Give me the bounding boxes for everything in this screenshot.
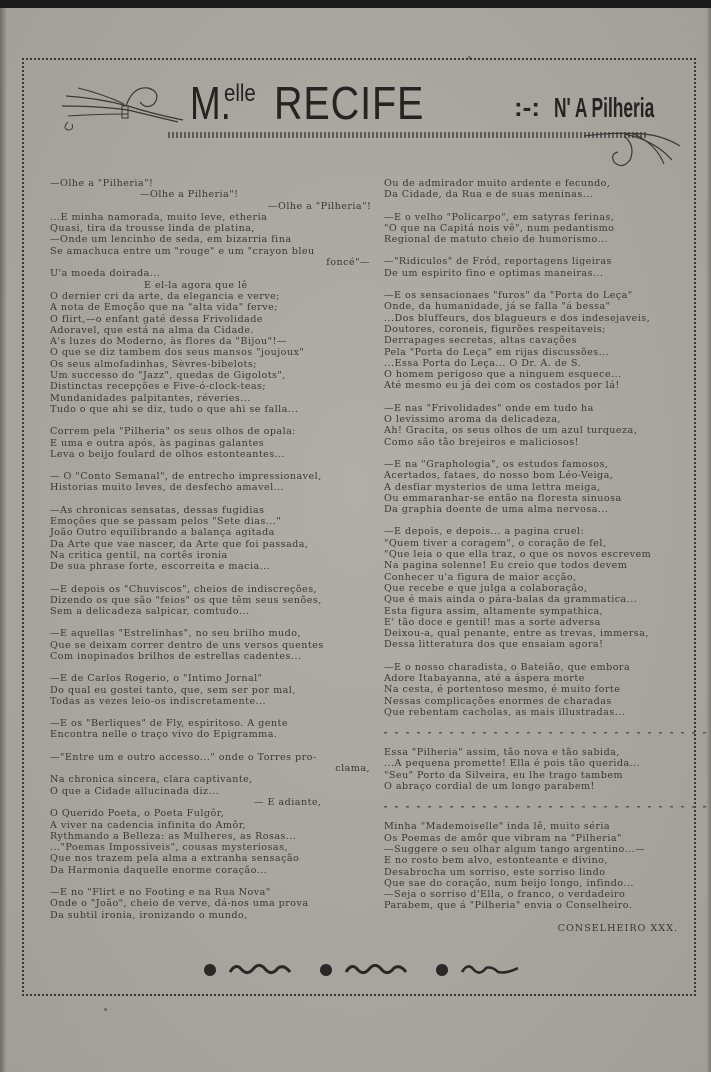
poem-line: Na chronica sincera, clara captivante, [50,774,380,785]
poem-line: A desfiar mysterios de uma lettra meiga, [384,482,711,493]
poem-line: Com inopinados brilhos de estrellas cade… [50,651,380,662]
poem-stanza: Correm pela "Pilheria" os seus olhos de … [50,426,380,460]
poem-line: Da Harmonia daquelle enorme coração... [50,865,380,876]
poem-line: E el-la agora que lê [50,280,380,291]
poem-line: ...A pequena promette! Ella é pois tão q… [384,758,711,769]
poem-line: "Quem tiver a coragem", o coração de fel… [384,538,711,549]
poem-stanza: —"Ridiculos" de Fród, reportagens ligeir… [384,256,711,279]
poem-line: —Suggere o seu olhar algum tango argenti… [384,844,711,855]
poem-line: O que a Cidade allucinada diz... [50,786,380,797]
poem-line: Parabem, que á "Pilheria" envia o Consel… [384,900,711,911]
poem-line: Que nos trazem pela alma a extranha sens… [50,853,380,864]
poem-line: —E os "Berliques" de Fly, espiritoso. A … [50,718,380,729]
poem-stanza: —E aquellas "Estrelinhas", no seu brilho… [50,628,380,662]
poem-line: —"Ridiculos" de Fród, reportagens ligeir… [384,256,711,267]
poem-line: E' tão doce e gentil! mas a sorte advers… [384,617,711,628]
wave-icon [462,966,518,972]
poem-line: ...E minha namorada, muito leve, etheria [50,212,380,223]
poem-line: Rythmando a Belleza: as Mulheres, as Ros… [50,831,380,842]
poem-line: Um successo do "Jazz", quedas de Gigolot… [50,370,380,381]
poem-stanza: —As chronicas sensatas, dessas fugidiasE… [50,505,380,573]
poem-line: Que se deixam correr dentro de uns verso… [50,640,380,651]
poem-line: Esta figura assim, altamente sympathica, [384,606,711,617]
poem-line: —Seja o sorriso d'Ella, o franco, o verd… [384,889,711,900]
poem-stanza: —E no "Flirt e no Footing e na Rua Nova"… [50,887,380,921]
poem-line: —Olhe a Pilheria"! [50,189,380,200]
poem-line: —E aquellas "Estrelinhas", no seu brilho… [50,628,380,639]
poem-line: Nessas complicações enormes de charadas [384,696,711,707]
poem-line: O dernier cri da arte, da elegancia e ve… [50,291,380,302]
poem-line: Mundanidades palpitantes, réveries... [50,393,380,404]
poem-line: "Que leia o que ella traz, o que os novo… [384,549,711,560]
poem-line: ...Dos bluffeurs, dos blagueurs e dos in… [384,313,711,324]
poem-stanza: —E na "Graphologia", os estudos famosos,… [384,459,711,515]
poem-line: Da Arte que vae nascer, da Arte que foi … [50,539,380,550]
poem-line: —Olhe a "Pilheria"! [50,201,380,212]
poem-stanza: Ou de admirador muito ardente e fecundo,… [384,178,711,201]
poem-stanza: —Olhe a "Pilheria"!—Olhe a Pilheria"!—Ol… [50,178,380,415]
poem-line: —"Entre um e outro accesso..." onde o To… [50,752,380,763]
poem-line: Onde, da humanidade, já se falla "á bess… [384,301,711,312]
dotted-separator [384,729,711,735]
dot-icon [204,964,216,976]
author-signature: CONSELHEIRO XXX. [384,923,711,934]
poem-line: Que recebe e que julga a colaboração, [384,583,711,594]
poem-line: Dizendo os que são "feios" os que têm se… [50,595,380,606]
poem-stanza: Essa "Pilheria" assim, tão nova e tão sa… [384,747,711,792]
poem-line: —Olhe a "Pilheria"! [50,178,380,189]
poem-line: Como são tão brejeiros e maliciosos! [384,437,711,448]
dotted-separator [384,803,711,809]
poem-line: Doutores, coroneis, figurões respeitavei… [384,324,711,335]
poem-line: Dessa litteratura dos que ensaiam agora! [384,639,711,650]
poem-line: Ou emmaranhar-se então na floresta sinuo… [384,493,711,504]
poem-line: Distinctas recepções e Five-ó-clock-teas… [50,381,380,392]
poem-line: Todas as vezes leio-os indiscretamente..… [50,696,380,707]
poem-line: —E de Carlos Rogerio, o "Intimo Jornal" [50,673,380,684]
poem-line: —E o velho "Policarpo", em satyras ferin… [384,212,711,223]
poem-line: clama, [50,763,380,774]
poem-line: Historias muito leves, de desfecho amave… [50,482,380,493]
poem-line: Quasi, tira da trousse linda de platina, [50,223,380,234]
poem-line: —E o nosso charadista, o Bateião, que em… [384,662,711,673]
poem-line: Os seus almofadinhas, Sèvres-bibelots; [50,359,380,370]
poem-line: Emoções que se passam pelos "Sete dias..… [50,516,380,527]
poem-line: O Querido Poeta, o Poeta Fulgôr, [50,808,380,819]
poem-stanza: —E depois os "Chuviscos", cheios de indi… [50,584,380,618]
poem-line: E no rosto bem alvo, estonteante e divin… [384,855,711,866]
poem-line: —E depois, e depois... a pagina cruel: [384,526,711,537]
poem-line: ..."Poemas Impossiveis", cousas mysterio… [50,842,380,853]
flourish-left-icon [58,76,188,136]
poem-line: Desabrocha um sorriso, este sorriso lind… [384,867,711,878]
poem-line: Onde o "João", cheio de verve, dá-nos um… [50,898,380,909]
poem-line: João Outro equilibrando a balança agitad… [50,527,380,538]
title-underline [168,132,648,138]
poem-line: —E os sensacionaes "furos" da "Porta do … [384,290,711,301]
poem-line: "Seu" Porto da Silveira, eu lhe trago ta… [384,770,711,781]
poem-stanza: —E nas "Frivolidades" onde em tudo haO l… [384,403,711,448]
poem-stanza: —E os "Berliques" de Fly, espiritoso. A … [50,718,380,741]
poem-line: O que se diz tambem dos seus mansos "jou… [50,347,380,358]
poem-line: E uma e outra após, às paginas galantes [50,438,380,449]
poem-stanza: —E depois, e depois... a pagina cruel:"Q… [384,526,711,650]
poem-line: Da subtil ironia, ironizando o mundo, [50,910,380,921]
article-header: M. elle RECIFE :-: N' A Pilheria [50,68,690,178]
poem-line: O levissimo aroma da delicadeza, [384,414,711,425]
poem-stanza: —E os sensacionaes "furos" da "Porta do … [384,290,711,392]
poem-line: Da graphia doente de uma alma nervosa... [384,504,711,515]
poem-line: Adore Itabayanna, até a áspera morte [384,673,711,684]
poem-line: —As chronicas sensatas, dessas fugidias [50,505,380,516]
wave-icon [230,965,290,972]
poem-line: A's luzes do Moderno, às flores da "Bijo… [50,336,380,347]
poem-stanza: —E o nosso charadista, o Bateião, que em… [384,662,711,718]
poem-line: De sua phrase forte, escorreita e macia.… [50,561,380,572]
poem-line: Regional de matuto cheio de humorismo... [384,234,711,245]
poem-line: Encontra nelle o traço vivo do Epigramma… [50,729,380,740]
poem-stanza: Minha "Mademoiselle" inda lê, muito séri… [384,821,711,911]
poem-line: A viver na cadencia infinita do Amôr, [50,820,380,831]
poem-line: A nota de Emoção que na "alta vida" ferv… [50,302,380,313]
poem-line: Adoravel, que está na alma da Cidade. [50,325,380,336]
poem-line: Do qual eu gostei tanto, que, sem ser po… [50,685,380,696]
poem-line: foncé"— [50,257,380,268]
poem-line: Pela "Porta do Leça" em rijas discussões… [384,347,711,358]
poem-line: "O que na Capitá nois vê", num pedantism… [384,223,711,234]
poem-line: U'a moeda doirada... [50,268,380,279]
poem-line: O homem perigoso que a ninguem esquece..… [384,369,711,380]
poem-line: O flirt,—o enfant gaté dessa Frivolidade [50,314,380,325]
title-main-word: RECIFE [274,76,424,130]
poem-line: ...Essa Porta do Leça... O Dr. A. de S. [384,358,711,369]
poem-line: Derrapages secretas, altas cavações [384,335,711,346]
poem-line: De um espirito fino e optimas maneiras..… [384,268,711,279]
left-text-column: —Olhe a "Pilheria"!—Olhe a Pilheria"!—Ol… [50,178,380,932]
poem-line: O abraço cordial de um longo parabem! [384,781,711,792]
poem-line: Se amachuca entre um "rouge" e um "crayo… [50,246,380,257]
poem-line: Até mesmo eu já dei com os costados por … [384,380,711,391]
poem-stanza: —"Entre um e outro accesso..." onde o To… [50,752,380,876]
poem-line: —E nas "Frivolidades" onde em tudo ha [384,403,711,414]
title-superscript: elle [224,80,256,108]
poem-line: Que sae do coração, num beijo longo, inf… [384,878,711,889]
title-separator: :-: [514,92,540,123]
top-dark-edge [0,0,711,8]
poem-line: Conhecer u'a figura de maior acção, [384,572,711,583]
poem-line: Da Cidade, da Rua e de suas meninas... [384,189,711,200]
poem-stanza: —E o velho "Policarpo", em satyras ferin… [384,212,711,246]
poem-line: —Onde um lencinho de seda, em bizarria f… [50,234,380,245]
right-text-column: Ou de admirador muito ardente e fecundo,… [384,178,711,934]
poem-stanza: —E de Carlos Rogerio, o "Intimo Jornal"D… [50,673,380,707]
poem-line: Na cesta, é portentoso mesmo, é muito fo… [384,684,711,695]
poem-line: Acertados, fataes, do nosso bom Léo-Veig… [384,470,711,481]
poem-line: — O "Conto Semanal", de entrecho impress… [50,471,380,482]
poem-line: Leva o beijo foulard de olhos estonteant… [50,449,380,460]
dot-icon [320,964,332,976]
wave-icon [346,965,406,972]
title-subtitle: N' A Pilheria [554,92,654,124]
dot-icon [436,964,448,976]
poem-stanza: — O "Conto Semanal", de entrecho impress… [50,471,380,494]
poem-line: Os Poemas de amôr que vibram na "Pilheri… [384,833,711,844]
poem-line: —E no "Flirt e no Footing e na Rua Nova" [50,887,380,898]
poem-line: Correm pela "Pilheria" os seus olhos de … [50,426,380,437]
poem-line: Sem a delicadeza salpicar, comtudo... [50,606,380,617]
poem-line: Tudo o que ahi se diz, tudo o que ahi se… [50,404,380,415]
poem-line: —E depois os "Chuviscos", cheios de indi… [50,584,380,595]
poem-line: Na pagina solenne! Eu creio que todos de… [384,560,711,571]
poem-line: Ah! Gracita, os seus olhos de um azul tu… [384,425,711,436]
poem-line: Ou de admirador muito ardente e fecundo, [384,178,711,189]
poem-line: Deixou-a, qual penante, entre as trevas,… [384,628,711,639]
paper-speck [104,1008,107,1011]
poem-line: Essa "Pilheria" assim, tão nova e tão sa… [384,747,711,758]
flourish-right-icon [584,124,684,174]
poem-line: — E adiante, [50,797,380,808]
poem-line: Minha "Mademoiselle" inda lê, muito séri… [384,821,711,832]
poem-line: Que é mais ainda o pára-balas da grammat… [384,594,711,605]
poem-line: Que rebentam cacholas, as mais illustrad… [384,707,711,718]
poem-line: —E na "Graphologia", os estudos famosos, [384,459,711,470]
closing-ornament [200,958,530,982]
poem-line: Na critica gentil, na cortês ironia [50,550,380,561]
